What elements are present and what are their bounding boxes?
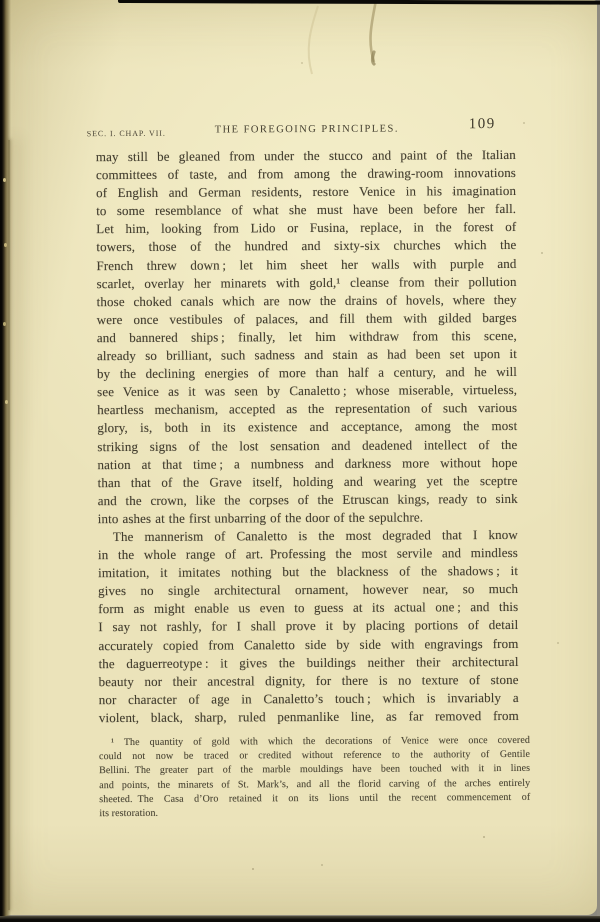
body-line: gives no single architectural ornament, … [98,580,518,600]
running-header: SEC. I. CHAP. VII. THE FOREGOING PRINCIP… [96,120,532,142]
footnote-block: ¹ The quantity of gold with which the de… [99,734,530,821]
body-line: into ashes at the first unbarring of the… [98,508,518,528]
body-line: glory, is, both in its existence and acc… [97,417,517,437]
body-line: already so brilliant, such sadness and s… [97,345,517,365]
footnote-line: its restoration. [99,805,530,821]
body-line: beauty nor their ancestral dignity, for … [99,671,519,691]
scan-edge-specks [3,0,6,4]
printed-page-content: SEC. I. CHAP. VII. THE FOREGOING PRINCIP… [95,0,536,922]
running-title: THE FOREGOING PRINCIPLES. [215,124,399,136]
body-line: in the whole range of art. Professing th… [98,544,518,564]
body-line: heartless mechanism, accepted as the rep… [97,399,517,419]
body-line: nor character of age in Canaletto’s touc… [99,689,519,709]
body-line: striking signs of the lost sensation and… [97,435,517,455]
body-line: than that of the Grave itself, holding a… [98,472,518,492]
body-line: of English and German residents, restore… [96,182,516,202]
body-line: towers, those of the hundred and sixty-s… [96,236,516,256]
body-line: committees of taste, and from among the … [96,164,516,184]
body-line: may still be gleaned from under the stuc… [96,146,516,166]
body-line: imitation, it imitates nothing but the b… [98,562,518,582]
body-line: form as might enable us even to guess at… [98,598,518,618]
body-line-paragraph-start: The mannerism of Canaletto is the most d… [98,526,518,546]
body-line: those choked canals which are now the dr… [97,291,517,311]
body-line: and the crown, like the corpses of the E… [98,490,518,510]
body-line: nation at that time ; a numbness and dar… [97,454,517,474]
body-line: scarlet, overlay her minarets with gold,… [97,273,517,293]
body-line: French threw down ; let him sheet her wa… [96,255,516,275]
body-line: by the declining energies of more than h… [97,363,517,383]
body-line: and bannered ships ; finally, let him wi… [97,327,517,347]
section-chapter-label: SEC. I. CHAP. VII. [87,129,166,138]
body-text: may still be gleaned from under the stuc… [96,146,519,727]
scan-edge-bottom [0,916,600,922]
body-line: Let him, looking from Lido or Fusina, re… [96,218,516,238]
footnote-line: sheeted. The Casa d’Oro retained it on i… [99,791,530,807]
scanned-book-page: SEC. I. CHAP. VII. THE FOREGOING PRINCIP… [0,0,600,922]
scan-edge-left [0,0,11,922]
body-line: were once vestibules of palaces, and fil… [97,309,517,329]
body-line: the daguerreotype : it gives the buildin… [98,653,518,673]
body-line: violent, black, sharp, ruled penmanlike … [99,707,519,727]
body-line: accurately copied from Canaletto side by… [98,634,518,654]
body-line: I say not rashly, for I shall prove it b… [98,616,518,636]
body-line: to some resemblance of what she must hav… [96,200,516,220]
body-line: see Venice as it was seen by Canaletto ;… [97,381,517,401]
page-number: 109 [469,116,496,133]
